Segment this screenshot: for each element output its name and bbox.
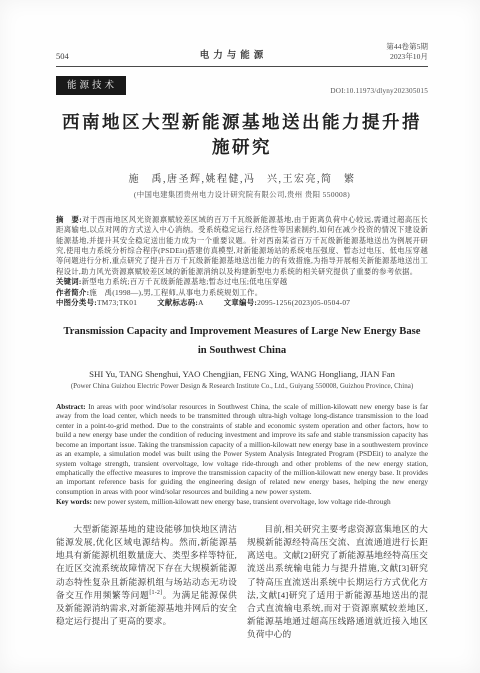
clc-label: 中图分类号: <box>56 298 97 307</box>
abstract-en-label: Abstract: <box>56 402 86 411</box>
doc-code-label: 文献标志码: <box>157 298 198 307</box>
keywords-cn-label: 关键词: <box>56 277 82 286</box>
clc-number: 中图分类号:TM73;TK01 <box>56 298 137 309</box>
running-head: 504 电力与能源 第44卷第5期 2023年10月 <box>56 42 428 61</box>
abstract-en-text: In areas with poor wind/solar resources … <box>56 402 428 496</box>
doc-code-value: A <box>198 298 204 307</box>
body-columns: 大型新能源基地的建设能够加快地区清洁能源发展,优化区域电源结构。然而,新能源基地… <box>56 523 428 642</box>
issue-date: 2023年10月 <box>390 52 428 61</box>
keywords-en: Key words: new power system, million-kil… <box>56 497 428 506</box>
article-title-en-line1: Transmission Capacity and Improvement Me… <box>64 326 421 337</box>
abstract-en: Abstract: In areas with poor wind/solar … <box>56 402 428 497</box>
article-title-en-line2: in Southwest China <box>198 345 286 356</box>
badge-row: 能源技术 DOI:10.11973/dlyny202305015 <box>56 73 428 95</box>
article-title-en: Transmission Capacity and Improvement Me… <box>56 322 428 360</box>
body-paragraph-2: 目前,相关研究主要考虑资源富集地区的大规模新能源经特高压交流、直流通道进行长距离… <box>247 523 428 642</box>
issue-info: 第44卷第5期 2023年10月 <box>386 42 428 61</box>
keywords-cn: 关键词:新型电力系统;百万千瓦级新能源基地;暂态过电压;低电压穿越 <box>56 277 428 288</box>
clc-value: TM73;TK01 <box>97 298 137 307</box>
affiliation-cn: (中国电建集团贵州电力设计研究院有限公司,贵州 贵阳 550008) <box>56 189 428 200</box>
journal-page: 504 电力与能源 第44卷第5期 2023年10月 能源技术 DOI:10.1… <box>0 0 480 673</box>
document-code: 文献标志码:A <box>157 298 204 309</box>
body-column-left: 大型新能源基地的建设能够加快地区清洁能源发展,优化区域电源结构。然而,新能源基地… <box>56 523 237 642</box>
keywords-en-text: new power system, million-kilowatt new e… <box>94 497 391 506</box>
article-id-label: 文章编号: <box>224 298 257 307</box>
body-column-right: 目前,相关研究主要考虑资源富集地区的大规模新能源经特高压交流、直流通道进行长距离… <box>247 523 428 642</box>
author-bio-text: 施 禹(1998—),男,工程师,从事电力系统规划工作。 <box>89 288 262 297</box>
keywords-cn-text: 新型电力系统;百万千瓦级新能源基地;暂态过电压;低电压穿越 <box>82 277 288 286</box>
body-paragraph-1-text: 大型新能源基地的建设能够加快地区清洁能源发展,优化区域电源结构。然而,新能源基地… <box>56 524 237 600</box>
article-title-cn: 西南地区大型新能源基地送出能力提升措施研究 <box>56 109 428 159</box>
article-id: 文章编号:2095-1256(2023)05-0504-07 <box>224 298 351 309</box>
authors-en: SHI Yu, TANG Shenghui, YAO Chengjian, FE… <box>56 369 428 379</box>
author-bio-label: 作者简介: <box>56 288 89 297</box>
section-badge: 能源技术 <box>56 76 126 96</box>
abstract-cn-label: 摘 要: <box>56 215 82 224</box>
citation-superscript: [1-2] <box>149 590 162 596</box>
body-paragraph-1: 大型新能源基地的建设能够加快地区清洁能源发展,优化区域电源结构。然而,新能源基地… <box>56 523 237 629</box>
header-rule <box>56 66 428 67</box>
abstract-cn-text: 对于西南地区风光资源禀赋较差区域的百万千瓦级新能源基地,由于距离负荷中心较远,需… <box>56 215 428 276</box>
page-number: 504 <box>56 51 69 61</box>
abstract-cn: 摘 要:对于西南地区风光资源禀赋较差区域的百万千瓦级新能源基地,由于距离负荷中心… <box>56 215 428 277</box>
journal-title: 电力与能源 <box>200 47 268 61</box>
classification-line: 中图分类号:TM73;TK01 文献标志码:A 文章编号:2095-1256(2… <box>56 298 428 309</box>
affiliation-en: (Power China Guizhou Electric Power Desi… <box>56 382 428 390</box>
authors-cn: 施 禹,唐圣辉,姚程健,冯 兴,王宏亮,简 繁 <box>56 170 428 185</box>
doi-text: DOI:10.11973/dlyny202305015 <box>330 87 428 95</box>
issue-volume: 第44卷第5期 <box>386 42 428 51</box>
article-id-value: 2095-1256(2023)05-0504-07 <box>257 298 350 307</box>
author-bio: 作者简介:施 禹(1998—),男,工程师,从事电力系统规划工作。 <box>56 288 428 299</box>
keywords-en-label: Key words: <box>56 497 92 506</box>
